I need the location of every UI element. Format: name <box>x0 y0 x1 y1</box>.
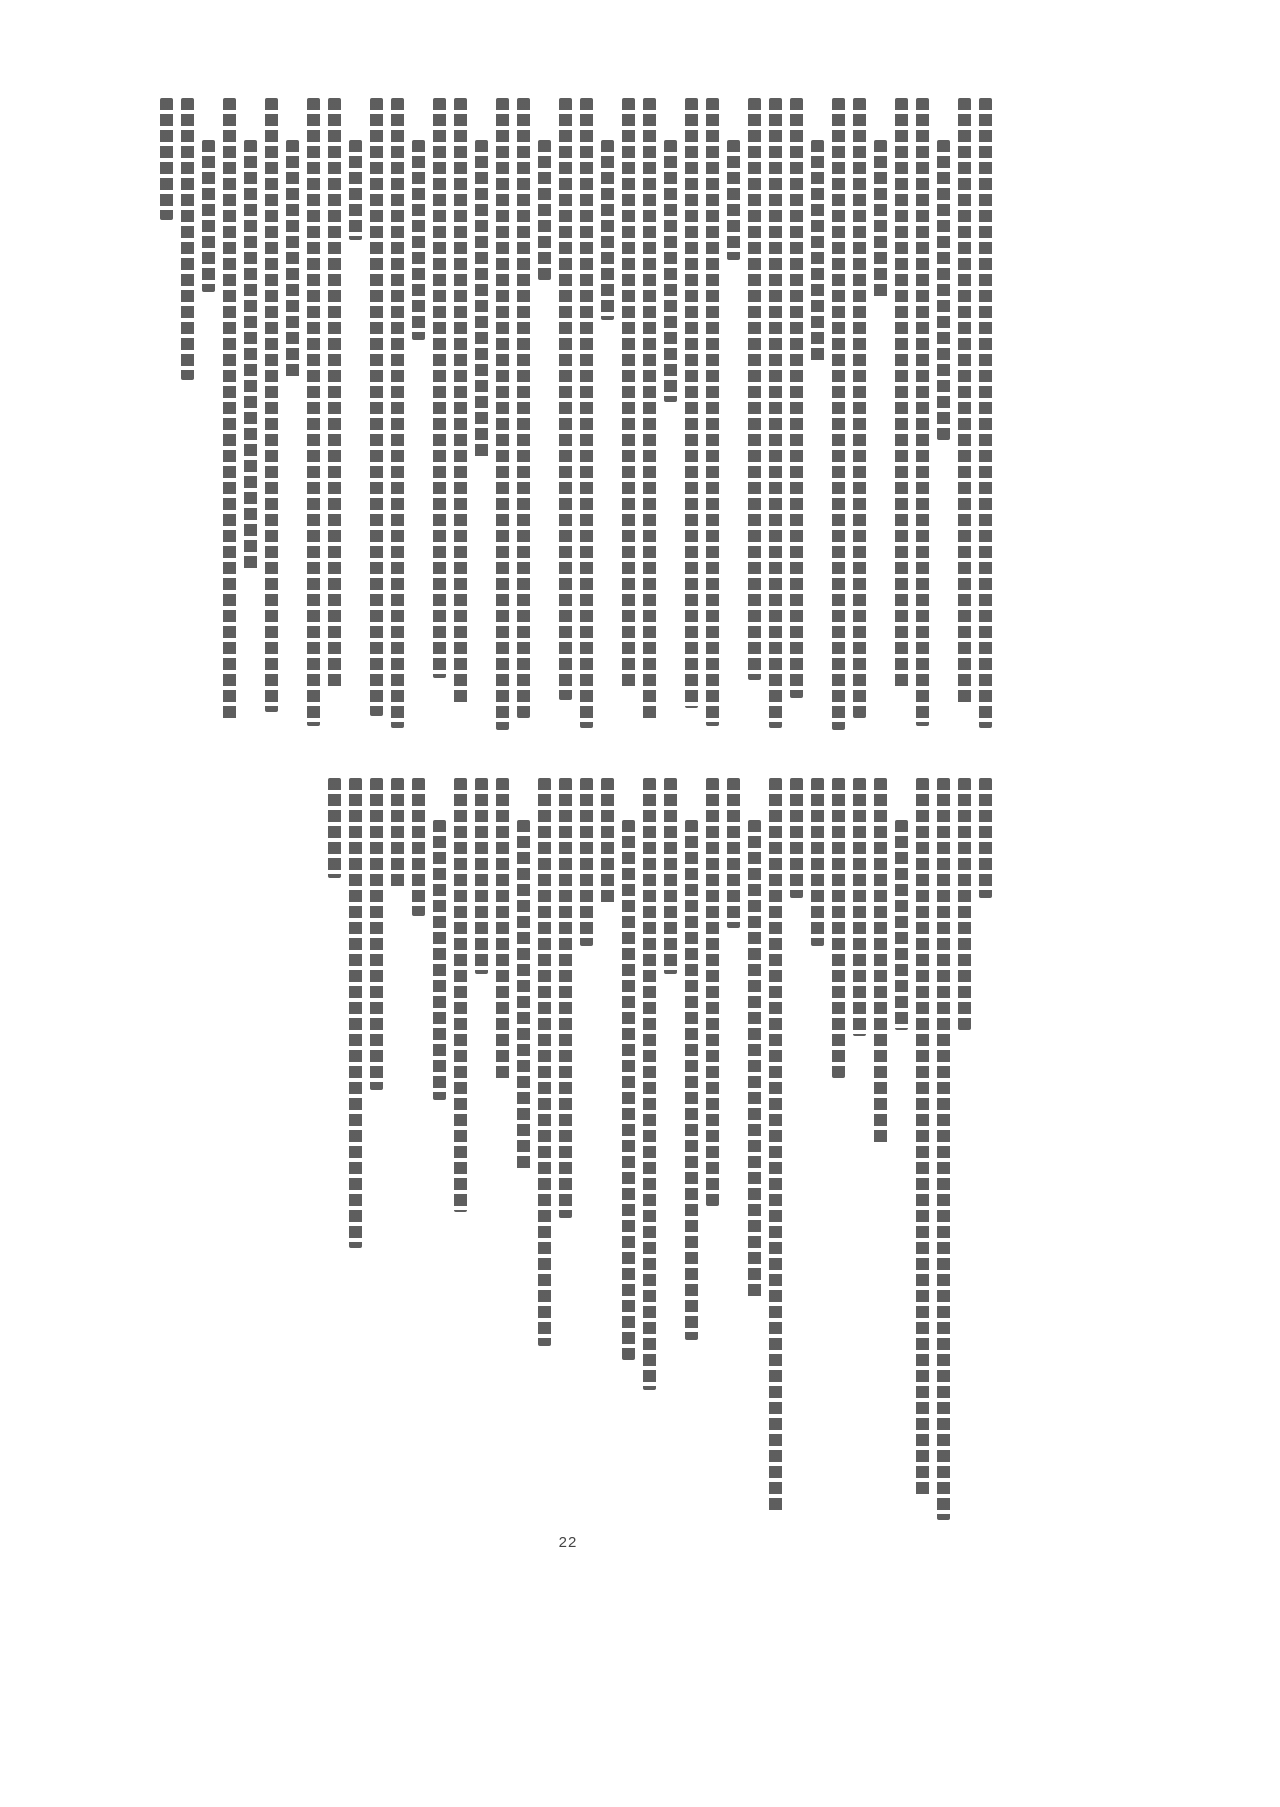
redacted-text-column <box>706 778 719 1206</box>
redacted-text-column <box>412 140 425 340</box>
redacted-text-column <box>181 98 194 380</box>
redacted-text-column <box>664 778 677 974</box>
redacted-text-column <box>685 820 698 1340</box>
redacted-text-column <box>622 820 635 1360</box>
redacted-text-column <box>580 778 593 946</box>
redacted-text-column <box>559 98 572 700</box>
redacted-text-column <box>727 140 740 260</box>
redacted-text-column <box>853 98 866 718</box>
redacted-text-column <box>769 98 782 728</box>
redacted-text-column <box>349 140 362 240</box>
redacted-text-column <box>370 778 383 1090</box>
lower-text-block-redacted <box>248 778 996 1548</box>
redacted-text-column <box>580 98 593 728</box>
redacted-text-column <box>874 140 887 300</box>
redacted-text-column <box>832 778 845 1078</box>
redacted-text-column <box>559 778 572 1218</box>
redacted-text-column <box>811 778 824 946</box>
redacted-text-column <box>391 778 404 888</box>
redacted-text-column <box>979 778 992 898</box>
redacted-text-column <box>685 98 698 708</box>
redacted-text-column <box>958 778 971 1030</box>
redacted-text-column <box>328 778 341 878</box>
redacted-text-column <box>916 98 929 726</box>
redacted-text-column <box>496 778 509 1082</box>
redacted-text-column <box>937 140 950 440</box>
redacted-text-column <box>853 778 866 1036</box>
redacted-text-column <box>811 140 824 362</box>
redacted-text-column <box>160 98 173 220</box>
redacted-text-column <box>370 98 383 716</box>
page-number: 22 <box>548 1534 588 1551</box>
redacted-text-column <box>664 140 677 402</box>
redacted-text-column <box>790 98 803 698</box>
redacted-text-column <box>895 98 908 690</box>
redacted-text-column <box>895 820 908 1030</box>
redacted-text-column <box>622 98 635 688</box>
redacted-text-column <box>538 778 551 1346</box>
redacted-text-column <box>601 778 614 906</box>
redacted-text-column <box>454 98 467 706</box>
redacted-text-column <box>601 140 614 320</box>
redacted-text-column <box>706 98 719 726</box>
redacted-text-column <box>202 140 215 292</box>
redacted-text-column <box>748 820 761 1300</box>
redacted-text-column <box>454 778 467 1212</box>
redacted-text-column <box>748 98 761 680</box>
redacted-text-column <box>958 98 971 706</box>
redacted-text-column <box>433 820 446 1100</box>
redacted-text-column <box>727 778 740 928</box>
redacted-text-column <box>265 98 278 712</box>
redacted-text-column <box>244 140 257 570</box>
redacted-text-column <box>496 98 509 730</box>
redacted-text-column <box>286 140 299 380</box>
upper-text-block-redacted <box>150 98 996 748</box>
redacted-text-column <box>517 98 530 718</box>
redacted-text-column <box>475 140 488 460</box>
redacted-text-column <box>769 778 782 1514</box>
redacted-text-column <box>223 98 236 720</box>
redacted-text-column <box>433 98 446 678</box>
redacted-text-column <box>391 98 404 728</box>
redacted-text-column <box>412 778 425 916</box>
redacted-text-column <box>979 98 992 728</box>
redacted-text-column <box>307 98 320 726</box>
redacted-text-column <box>643 778 656 1390</box>
redacted-text-column <box>328 98 341 690</box>
document-page: 22 <box>0 0 1280 1807</box>
redacted-text-column <box>475 778 488 974</box>
redacted-text-column <box>538 140 551 280</box>
redacted-text-column <box>874 778 887 1144</box>
redacted-text-column <box>349 778 362 1248</box>
redacted-text-column <box>916 778 929 1496</box>
redacted-text-column <box>517 820 530 1170</box>
redacted-text-column <box>790 778 803 898</box>
redacted-text-column <box>937 778 950 1520</box>
redacted-text-column <box>832 98 845 730</box>
redacted-text-column <box>643 98 656 720</box>
